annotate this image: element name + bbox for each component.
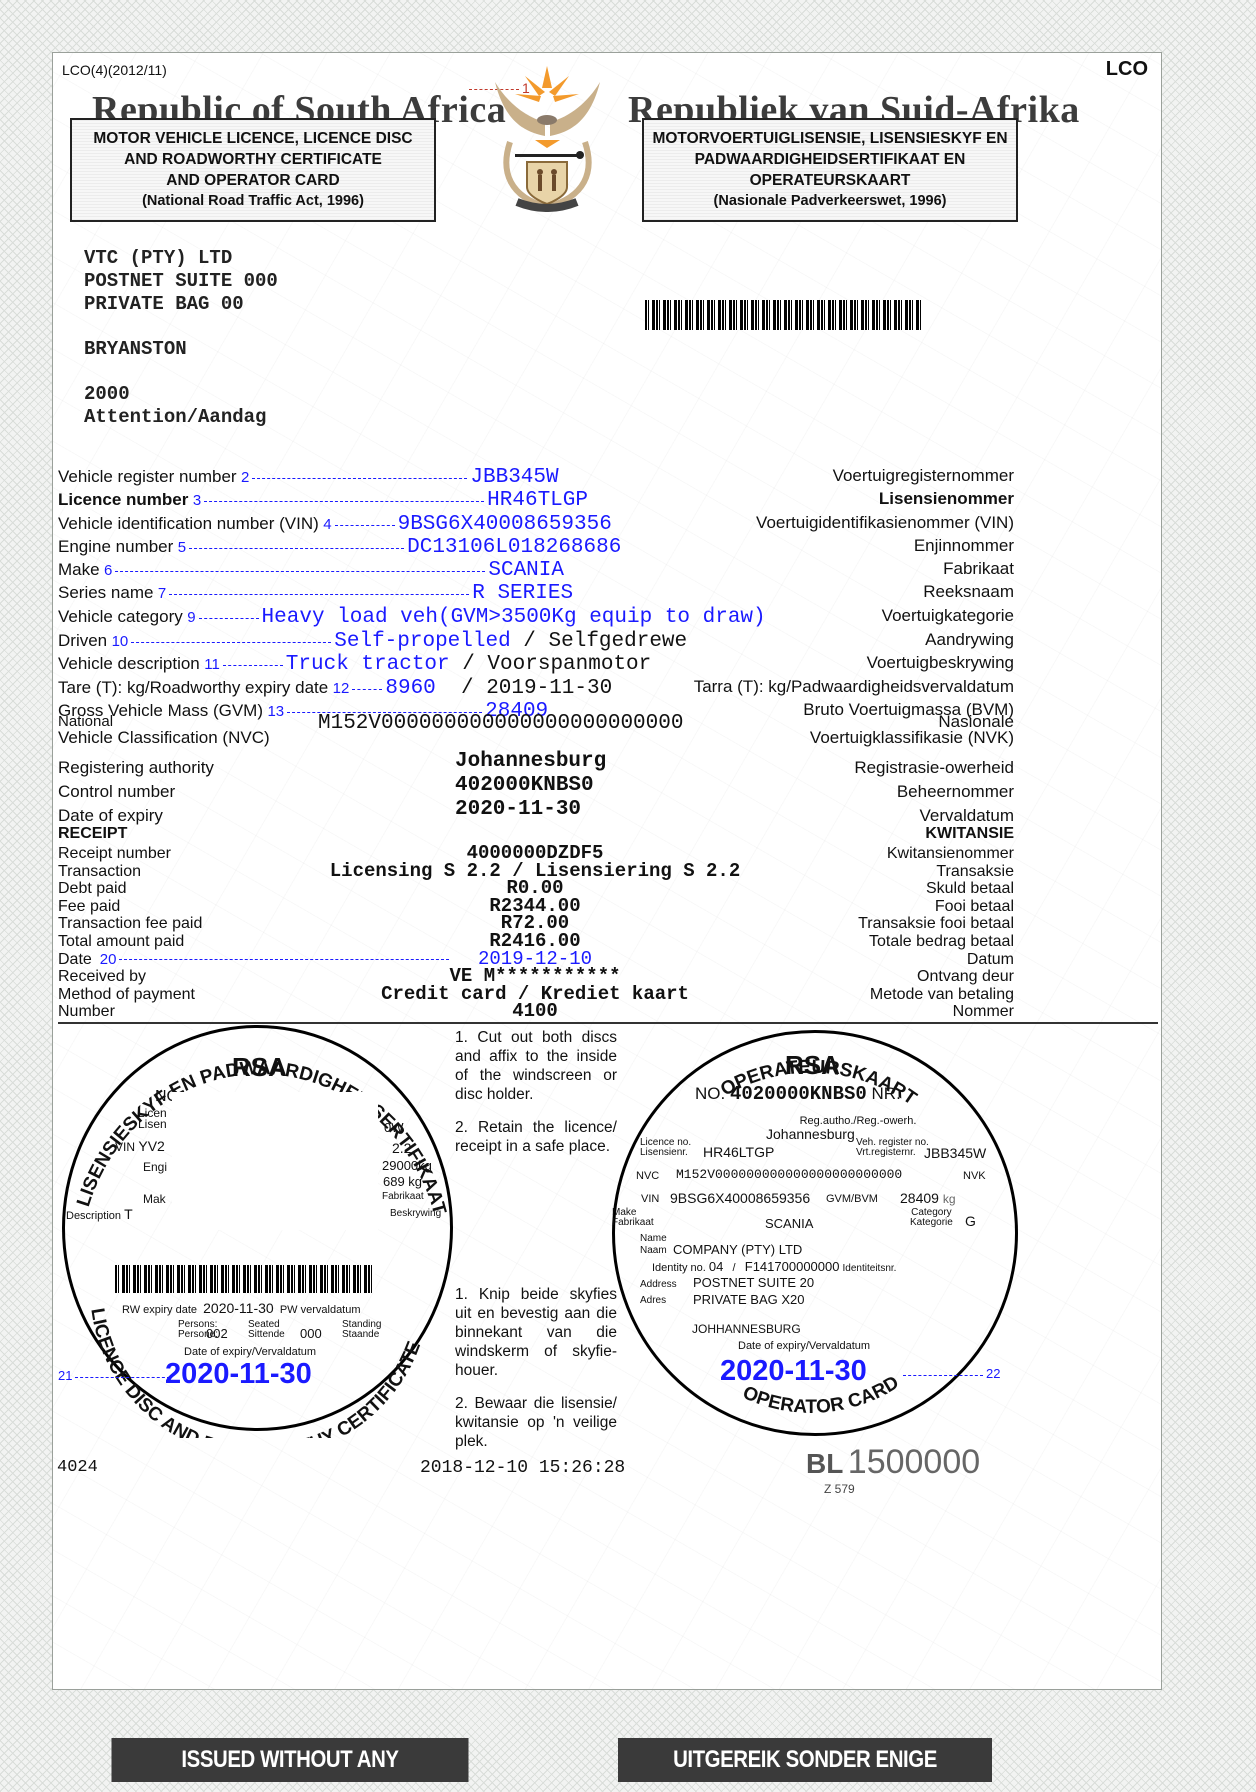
licence-disc-description: Description T (66, 1206, 133, 1222)
oc-name-label: NameNaam (640, 1233, 667, 1257)
field-marker: 9 (187, 609, 195, 626)
operator-card-rsa: RSA (785, 1050, 840, 1081)
disc-expiry-label: Date of expiry/Vervaldatum (184, 1346, 316, 1358)
licence-disc-reg-tail: 0W (384, 1120, 404, 1135)
footer-code: 4024 (57, 1458, 98, 1477)
persons-value: 002 (206, 1326, 228, 1341)
field-value: 8960 (385, 677, 435, 700)
field-label-af: Tarra (T): kg/Padwaardigheidsvervaldatum (694, 677, 1014, 697)
leader-line (252, 477, 467, 479)
receipt-label: Receipt number (58, 845, 171, 863)
field-label: Series name (58, 583, 153, 602)
instructions-en: 1. Cut out both discs and affix to the i… (455, 1028, 617, 1156)
receipt-label-af: Skuld betaal (926, 880, 1014, 898)
field-label-af: Voertuigregisternommer (833, 466, 1014, 486)
receipt-label-af: Nommer (953, 1003, 1014, 1021)
field-value-af: / Selfgedrewe (511, 630, 687, 653)
licence-disc-engine-label: Engi (143, 1160, 167, 1174)
field-row: Vehicle category 9Heavy load veh(GVM>350… (58, 606, 766, 629)
receipt-label: Fee paid (58, 898, 120, 916)
licence-disc-rsa: RSA (232, 1052, 287, 1083)
field-marker: 12 (333, 680, 350, 697)
field-row: Engine number 5DC13106L018268686 (58, 536, 621, 559)
admin-value: 402000KNBS0 (455, 774, 594, 797)
receipt-label-af: Kwitansienommer (887, 845, 1014, 863)
field-row: Make 6SCANIA (58, 559, 564, 582)
rw-expiry-row: RW expiry date 2020-11-30 PW vervaldatum (122, 1300, 361, 1316)
licence-disc-make-label: Mak (143, 1192, 166, 1206)
field-label-af: Voertuigidentifikasienommer (VIN) (756, 513, 1014, 533)
field-label: Vehicle identification number (VIN) (58, 514, 319, 533)
field-label: Vehicle category (58, 607, 183, 626)
banner-af: UITGEREIK SONDER ENIGE VERANDERINGS OF U… (618, 1738, 992, 1782)
oc-licence-label: Licence no.Lisensienr. (640, 1138, 691, 1158)
oc-vin-label: VIN (641, 1193, 659, 1205)
seated-label: SeatedSittende (248, 1320, 285, 1340)
field-row: Vehicle register number 2JBB345W (58, 466, 559, 489)
licence-disc-lic-label: LicenLisen (138, 1108, 167, 1130)
licence-disc-vin: VIN YV2 (115, 1138, 165, 1154)
receipt-label: Method of payment (58, 986, 195, 1004)
field-value: SCANIA (488, 559, 564, 582)
admin-label-af: Registrasie-owerheid (854, 758, 1014, 778)
receipt-label-af: Ontvang deur (917, 968, 1014, 986)
nvc-label-af: NasionaleVoertuigklassifikasie (NVK) (810, 716, 1014, 748)
field-value: 9BSG6X40008659356 (398, 513, 612, 536)
receipt-label-af: Transaksie fooi betaal (858, 915, 1014, 933)
leader-line (115, 570, 485, 572)
admin-value: Johannesburg (455, 750, 606, 773)
field-value: JBB345W (470, 466, 558, 489)
receipt-label-af: Fooi betaal (935, 898, 1014, 916)
oc-vehreg-label: Veh. register no.Vrt.registernr. (856, 1138, 929, 1158)
oc-gvm-label: GVM/BVM (826, 1193, 878, 1205)
leader-line (204, 500, 484, 502)
receipt-label: Debt paid (58, 880, 127, 898)
field-marker: 5 (178, 539, 186, 556)
field-marker: 3 (193, 492, 201, 509)
admin-label: Control number (58, 782, 175, 802)
receipt-label-af: Totale bedrag betaal (869, 933, 1014, 951)
leader-line (352, 688, 382, 690)
field-label: Make (58, 560, 100, 579)
receipt-label-af: Metode van betaling (870, 986, 1014, 1004)
title-box-en: MOTOR VEHICLE LICENCE, LICENCE DISCAND R… (70, 118, 436, 222)
admin-label: Registering authority (58, 758, 214, 778)
addressee-block: VTC (PTY) LTD POSTNET SUITE 000 PRIVATE … (84, 247, 278, 429)
admin-value: 2020-11-30 (455, 798, 581, 821)
field-label-af: Voertuigkategorie (882, 606, 1014, 626)
field-label: Driven (58, 631, 107, 650)
leader-line (131, 641, 331, 643)
oc-gvm-value: 28409 kg (900, 1190, 956, 1206)
licence-disc-tare: 689 kg (383, 1174, 422, 1189)
receipt-label: Transaction (58, 863, 141, 881)
disc-barcode (115, 1265, 375, 1293)
receipt-label-af: Transaksie (936, 863, 1014, 881)
oc-identity-row: Identity no. 04 / F141700000000 Identite… (652, 1259, 896, 1274)
field-value-af: / 2019-11-30 (436, 677, 612, 700)
coat-of-arms-icon (485, 62, 610, 212)
reg-auth-value: Johannesburg (766, 1126, 855, 1142)
receipt-label: Transaction fee paid (58, 915, 202, 933)
oc-licence-value: HR46LTGP (703, 1144, 774, 1160)
field-row: Tare (T): kg/Roadworthy expiry date 1289… (58, 677, 612, 700)
field-value: DC13106L018268686 (407, 536, 621, 559)
receipt-value: 4100 (512, 1000, 558, 1022)
oc-address-value: POSTNET SUITE 20PRIVATE BAG X20 (693, 1274, 814, 1308)
leader-line (335, 524, 395, 526)
field-row: Series name 7R SERIES (58, 582, 573, 605)
oc-expiry-label: Date of expiry/Vervaldatum (738, 1340, 870, 1352)
serial-number: BL 1500000 (806, 1443, 980, 1482)
leader-line (189, 547, 404, 549)
field-marker: 6 (104, 562, 112, 579)
field-label: Vehicle register number (58, 467, 237, 486)
leader-line (169, 593, 469, 595)
licence-disc-fabrikaat: Fabrikaat (382, 1191, 424, 1202)
field-marker: 7 (158, 585, 166, 602)
field-row: Vehicle identification number (VIN) 49BS… (58, 513, 612, 536)
marker-21: 21 (58, 1368, 173, 1383)
oc-category-label: CategoryKategorie (910, 1208, 953, 1228)
field-value-af: / Voorspanmotor (450, 653, 652, 676)
nvc-value: M152V000000000000000000000000 (318, 712, 683, 735)
oc-nvc-value: M152V000000000000000000000000 (676, 1167, 902, 1182)
operator-card-number: NO. 4020000KNBS0 NR. (695, 1083, 901, 1105)
oc-vin-value: 9BSG6X40008659356 (670, 1190, 810, 1206)
oc-vehreg-value: JBB345W (924, 1145, 986, 1161)
admin-label-af: Vervaldatum (920, 806, 1015, 826)
field-row: Licence number 3HR46TLGP (58, 489, 588, 512)
field-label-af: Lisensienommer (879, 489, 1014, 509)
redaction-box (172, 1092, 378, 1230)
field-row: Driven 10Self-propelled / Selfgedrewe (58, 630, 687, 653)
marker-22: 22 (900, 1366, 1000, 1381)
oc-nvc-label: NVC (636, 1170, 659, 1182)
receipt-heading-af: KWITANSIE (925, 825, 1014, 843)
field-label: Vehicle description (58, 654, 200, 673)
oc-name-value: COMPANY (PTY) LTD (673, 1242, 802, 1257)
form-type: LCO (1106, 58, 1148, 81)
receipt-label: Received by (58, 968, 146, 986)
field-marker: 10 (112, 633, 129, 650)
field-label: Tare (T): kg/Roadworthy expiry date (58, 678, 328, 697)
field-label-af: Voertuigbeskrywing (867, 653, 1014, 673)
oc-address-label: AddressAdres (640, 1277, 677, 1309)
leader-line (223, 664, 283, 666)
field-value: HR46TLGP (487, 489, 588, 512)
receipt-heading: RECEIPT (58, 825, 127, 843)
receipt-label: Date20 (58, 951, 452, 969)
issue-timestamp: 2018-12-10 15:26:28 (420, 1458, 625, 1478)
seated-value: 000 (300, 1326, 322, 1341)
leader-line (199, 617, 259, 619)
admin-label: Date of expiry (58, 806, 163, 826)
field-label-af: Aandrywing (925, 630, 1014, 650)
field-label-af: Enjinnommer (914, 536, 1014, 556)
field-label: Licence number (58, 490, 188, 509)
licence-disc-cat: 2.2 (392, 1140, 411, 1156)
pdf417-barcode (645, 300, 921, 330)
receipt-label-af: Datum (967, 951, 1014, 969)
field-marker: 2 (241, 469, 249, 486)
field-row: Vehicle description 11Truck tractor / Vo… (58, 653, 651, 676)
oc-address-city: JOHHANNESBURG (692, 1322, 801, 1336)
serial-subcode: Z 579 (824, 1482, 855, 1496)
field-marker: 4 (323, 516, 331, 533)
field-label-af: Reeksnaam (923, 582, 1014, 602)
receipt-label: Total amount paid (58, 933, 184, 951)
licence-disc-beskrywing: Beskrywing (390, 1208, 441, 1219)
field-marker: 13 (267, 703, 284, 720)
title-box-af: MOTORVOERTUIGLISENSIE, LISENSIESKYF ENPA… (642, 118, 1018, 222)
field-label-af: Fabrikaat (943, 559, 1014, 579)
field-value: Self-propelled (334, 630, 510, 653)
field-label: Engine number (58, 537, 173, 556)
oc-make-value: SCANIA (765, 1216, 813, 1231)
oc-category-value: G (965, 1213, 976, 1229)
oc-make-label: MakeFabrikaat (612, 1208, 654, 1228)
field-value: R SERIES (472, 582, 573, 605)
standing-label: StandingStaande (342, 1320, 381, 1340)
field-value: Truck tractor (286, 653, 450, 676)
admin-label-af: Beheernommer (897, 782, 1014, 802)
oc-nvk-label: NVK (963, 1170, 986, 1182)
nvc-label: NationalVehicle Classification (NVC) (58, 716, 270, 748)
disc-expiry-value: 2020-11-30 (165, 1358, 312, 1391)
licence-disc-gvm: 29000kg (382, 1158, 432, 1173)
form-code: LCO(4)(2012/11) (62, 62, 167, 78)
field-value: Heavy load veh(GVM>3500Kg equip to draw) (262, 606, 766, 629)
banner-en: ISSUED WITHOUT ANY ALTERATIONS OR ERASUR… (112, 1738, 469, 1782)
instructions-af: 1. Knip beide skyfies uit en bevestig aa… (455, 1285, 617, 1451)
oc-expiry-value: 2020-11-30 (720, 1355, 867, 1388)
field-marker: 11 (204, 656, 220, 673)
